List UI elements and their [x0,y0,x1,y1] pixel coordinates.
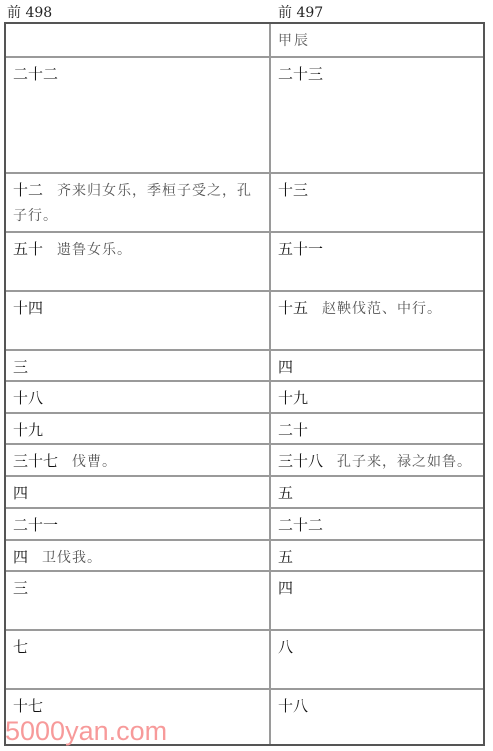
year-number: 三十八 [278,452,323,470]
year-number: 五 [278,484,293,502]
year-number: 十九 [278,389,308,407]
year-number: 二十 [278,421,308,439]
year-number: 十二 [13,181,43,199]
year-number: 十七 [13,697,43,715]
table-row: 三 四 [6,570,483,629]
year-number: 十八 [278,697,308,715]
table-row: 二十二 二十三 [6,56,483,172]
year-number: 七 [13,638,28,656]
year-number: 三十七 [13,452,58,470]
table-cell-right: 四 [271,572,483,629]
year-number: 四 [278,579,293,597]
year-number: 四 [278,358,293,376]
year-number: 四 [13,484,28,502]
table-cell-left: 四卫伐我。 [6,541,271,570]
ganzhi-label: 甲辰 [278,33,310,49]
table-cell-right: 五 [271,541,483,570]
table-cell-right: 十八 [271,690,483,744]
table-cell-left: 十二齐来归女乐，季桓子受之，孔子行。 [6,174,271,231]
table-cell-right: 二十三 [271,58,483,172]
year-number: 三 [13,579,28,597]
year-number: 八 [278,638,293,656]
table-cell-left: 三十七伐曹。 [6,445,271,475]
year-number: 十八 [13,389,43,407]
year-number: 十三 [278,181,308,199]
table-row: 四 五 [6,475,483,507]
event-note: 齐来归女乐，季桓子受之，孔子行。 [13,183,252,224]
table-cell-left: 三 [6,572,271,629]
event-note: 赵鞅伐范、中行。 [322,301,442,317]
year-number: 五十一 [278,240,323,258]
chronology-table: 甲辰 二十二 二十三 十二齐来归女乐，季桓子受之，孔子行。 十三 五十遗鲁女乐。… [4,22,485,746]
table-cell-left: 二十二 [6,58,271,172]
table-cell-right: 五十一 [271,233,483,290]
table-cell-right: 十三 [271,174,483,231]
table-cell-left: 十九 [6,414,271,443]
event-note: 遗鲁女乐。 [57,242,132,258]
table-row: 十八 十九 [6,380,483,412]
table-cell-right: 二十 [271,414,483,443]
year-number: 五 [278,548,293,566]
year-number: 十五 [278,299,308,317]
table-row: 十九 二十 [6,412,483,443]
table-cell-left: 十八 [6,382,271,412]
year-number: 十四 [13,299,43,317]
table-cell-right: 十九 [271,382,483,412]
year-number: 四 [13,548,28,566]
table-cell-left: 二十一 [6,509,271,539]
table-cell-left: 七 [6,631,271,688]
column-header-right: 前 497 [278,2,323,22]
table-row: 七 八 [6,629,483,688]
year-number: 二十二 [278,516,323,534]
year-number: 二十三 [278,65,323,83]
table-row: 十四 十五赵鞅伐范、中行。 [6,290,483,349]
table-row: 三十七伐曹。 三十八孔子来，禄之如鲁。 [6,443,483,475]
table-row: 二十一 二十二 [6,507,483,539]
year-number: 三 [13,358,28,376]
event-note: 卫伐我。 [42,550,102,566]
table-cell-left: 三 [6,351,271,380]
table-row: 三 四 [6,349,483,380]
year-number: 二十二 [13,65,58,83]
year-number: 五十 [13,240,43,258]
event-note: 孔子来，禄之如鲁。 [337,454,472,470]
column-header-left: 前 498 [7,2,52,22]
table-cell-left: 五十遗鲁女乐。 [6,233,271,290]
table-cell-right: 甲辰 [271,24,483,56]
table-row: 十二齐来归女乐，季桓子受之，孔子行。 十三 [6,172,483,231]
table-cell-left [6,24,271,56]
table-row: 五十遗鲁女乐。 五十一 [6,231,483,290]
table-cell-right: 二十二 [271,509,483,539]
table-cell-right: 八 [271,631,483,688]
table-row-ganzhi: 甲辰 [6,24,483,56]
table-cell-right: 三十八孔子来，禄之如鲁。 [271,445,483,475]
table-cell-right: 四 [271,351,483,380]
table-cell-left: 四 [6,477,271,507]
table-row: 四卫伐我。 五 [6,539,483,570]
year-number: 二十一 [13,516,58,534]
table-cell-left: 十四 [6,292,271,349]
table-cell-right: 十五赵鞅伐范、中行。 [271,292,483,349]
table-cell-right: 五 [271,477,483,507]
event-note: 伐曹。 [72,454,117,470]
watermark: 5000yan.com [5,716,167,747]
year-number: 十九 [13,421,43,439]
